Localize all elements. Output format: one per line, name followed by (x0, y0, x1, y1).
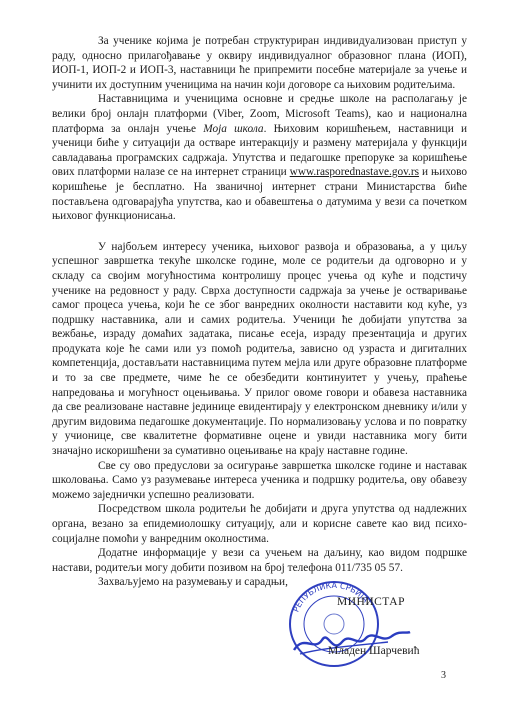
closing-line: Захваљујемо на разумевању и сарадњи, (52, 575, 467, 590)
paragraph-prerequisites: Све су ово предуслови за осигурање заврш… (52, 459, 467, 503)
spacer (52, 224, 467, 240)
paragraph-contact: Додатне информације у вези са учењем на … (52, 546, 467, 575)
signatory-title: МИНИСТАР (337, 596, 405, 608)
page-number: 3 (441, 670, 446, 681)
website-link[interactable]: www.rasporednastave.gov.rs (290, 166, 419, 178)
paragraph-guidance: Посредством школа родитељи ће добијати и… (52, 502, 467, 546)
paragraph-platforms: Наставницима и ученицима основне и средњ… (52, 92, 467, 223)
document-body: За ученике којима је потребан структурир… (52, 34, 467, 590)
signatory-name: Младен Шарчевић (328, 645, 419, 657)
platform-name-italic: Моја школа (203, 123, 263, 135)
paragraph-iop: За ученике којима је потребан структурир… (52, 34, 467, 92)
paragraph-parents: У најбољем интересу ученика, њиховог раз… (52, 240, 467, 459)
